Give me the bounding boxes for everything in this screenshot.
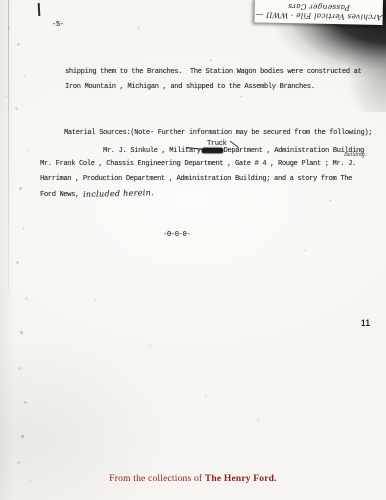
source-line-harriman: Harriman , Production Department , Admin… [40,175,352,183]
scan-noise-speckles [0,0,1,1]
building-correction-note: Building. [344,152,366,158]
credit-prefix: From the collections of [109,474,205,484]
archive-label-handwriting: Archives Vertical File - WWII — Passenge… [255,1,381,22]
margin-pencil-mark: 11 [361,319,370,329]
source-line-sinkule: Mr. J. Sinkule , MilitaryDepartment , Ad… [103,147,364,155]
archive-label-sticker: Archives Vertical File - WWII — Passenge… [255,0,383,25]
scanned-document-page: Archives Vertical File - WWII — Passenge… [0,0,386,500]
source-line-fordnews: Ford News,included herein. [40,190,154,199]
material-sources-heading: Material Sources:(Note- Further informat… [64,129,372,137]
page-number: -5- [52,21,64,29]
credit-brand: The Henry Ford. [205,474,277,484]
section-separator: -0-0-0- [163,231,190,239]
fordnews-typed-text: Ford News, [40,191,79,199]
fordnews-handwritten-note: included herein. [83,189,154,199]
scan-edge-line [8,0,9,290]
scan-artifact-tick [38,3,41,16]
sinkule-text-prefix: Mr. J. Sinkule , Military [103,147,201,155]
source-line-cole: Mr. Frank Cole , Chassis Engineering Dep… [40,160,356,168]
collection-credit-line: From the collections of The Henry Ford. [0,474,386,484]
paragraph-line-2: Iron Mountain , Michigan , and shipped t… [65,83,315,91]
struck-out-word [202,148,223,153]
paragraph-line-1: shipping them to the Branches. The Stati… [65,68,361,76]
sinkule-text-suffix: Department , Administration Building [224,147,364,155]
